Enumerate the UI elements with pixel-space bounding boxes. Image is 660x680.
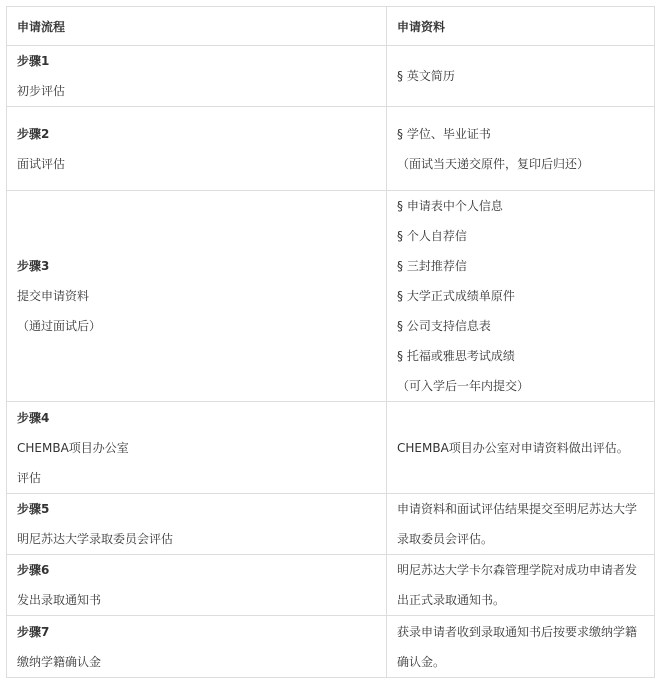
process-cell: 步骤6 发出录取通知书 (7, 555, 387, 616)
process-text: 初步评估 (17, 76, 376, 106)
table-header-row: 申请流程 申请资料 (7, 7, 655, 46)
table-row: 步骤7 缴纳学籍确认金 获录申请者收到录取通知书后按要求缴纳学籍 确认金。 (7, 616, 655, 678)
material-text: 明尼苏达大学卡尔森管理学院对成功申请者发 (397, 555, 644, 585)
table-row: 步骤3 提交申请资料 （通过面试后） § 申请表中个人信息 § 个人自荐信 § … (7, 191, 655, 402)
step-label: 步骤3 (17, 251, 376, 281)
step-label: 步骤2 (17, 119, 376, 149)
material-item: § 公司支持信息表 (397, 311, 644, 341)
material-item: § 学位、毕业证书 (397, 119, 644, 149)
material-item: § 英文简历 (397, 61, 644, 91)
header-process: 申请流程 (7, 7, 387, 46)
step-label: 步骤5 (17, 494, 376, 524)
materials-cell: § 英文简历 (387, 46, 655, 107)
process-cell: 步骤3 提交申请资料 （通过面试后） (7, 191, 387, 402)
table-row: 步骤6 发出录取通知书 明尼苏达大学卡尔森管理学院对成功申请者发 出正式录取通知… (7, 555, 655, 616)
process-text: 评估 (17, 463, 376, 493)
material-note: （可入学后一年内提交） (397, 371, 644, 401)
process-text: 面试评估 (17, 149, 376, 179)
table-row: 步骤5 明尼苏达大学录取委员会评估 申请资料和面试评估结果提交至明尼苏达大学 录… (7, 494, 655, 555)
material-item: § 三封推荐信 (397, 251, 644, 281)
material-text: 确认金。 (397, 647, 644, 677)
step-label: 步骤1 (17, 46, 376, 76)
process-note: （通过面试后） (17, 311, 376, 341)
material-item: § 托福或雅思考试成绩 (397, 341, 644, 371)
table-row: 步骤4 CHEMBA项目办公室 评估 CHEMBA项目办公室对申请资料做出评估。 (7, 402, 655, 494)
process-text: 提交申请资料 (17, 281, 376, 311)
process-cell: 步骤7 缴纳学籍确认金 (7, 616, 387, 678)
process-cell: 步骤2 面试评估 (7, 107, 387, 191)
process-text: 缴纳学籍确认金 (17, 647, 376, 677)
material-note: （面试当天递交原件，复印后归还） (397, 149, 644, 179)
material-item: § 申请表中个人信息 (397, 191, 644, 221)
process-text: CHEMBA项目办公室 (17, 433, 376, 463)
materials-cell: § 学位、毕业证书 （面试当天递交原件，复印后归还） (387, 107, 655, 191)
table-row: 步骤2 面试评估 § 学位、毕业证书 （面试当天递交原件，复印后归还） (7, 107, 655, 191)
material-text: CHEMBA项目办公室对申请资料做出评估。 (397, 433, 644, 463)
process-text: 明尼苏达大学录取委员会评估 (17, 524, 376, 554)
process-cell: 步骤1 初步评估 (7, 46, 387, 107)
process-text: 发出录取通知书 (17, 585, 376, 615)
table-row: 步骤1 初步评估 § 英文简历 (7, 46, 655, 107)
material-text: 申请资料和面试评估结果提交至明尼苏达大学 (397, 494, 644, 524)
material-text: 出正式录取通知书。 (397, 585, 644, 615)
process-cell: 步骤4 CHEMBA项目办公室 评估 (7, 402, 387, 494)
step-label: 步骤4 (17, 403, 376, 433)
materials-cell: CHEMBA项目办公室对申请资料做出评估。 (387, 402, 655, 494)
materials-cell: 明尼苏达大学卡尔森管理学院对成功申请者发 出正式录取通知书。 (387, 555, 655, 616)
material-item: § 大学正式成绩单原件 (397, 281, 644, 311)
material-text: 获录申请者收到录取通知书后按要求缴纳学籍 (397, 617, 644, 647)
materials-cell: § 申请表中个人信息 § 个人自荐信 § 三封推荐信 § 大学正式成绩单原件 §… (387, 191, 655, 402)
materials-cell: 申请资料和面试评估结果提交至明尼苏达大学 录取委员会评估。 (387, 494, 655, 555)
materials-cell: 获录申请者收到录取通知书后按要求缴纳学籍 确认金。 (387, 616, 655, 678)
application-process-table: 申请流程 申请资料 步骤1 初步评估 § 英文简历 步骤2 面试评估 (6, 6, 655, 678)
material-text: 录取委员会评估。 (397, 524, 644, 554)
application-process-table-container: 申请流程 申请资料 步骤1 初步评估 § 英文简历 步骤2 面试评估 (6, 6, 654, 678)
header-materials: 申请资料 (387, 7, 655, 46)
material-item: § 个人自荐信 (397, 221, 644, 251)
process-cell: 步骤5 明尼苏达大学录取委员会评估 (7, 494, 387, 555)
step-label: 步骤6 (17, 555, 376, 585)
step-label: 步骤7 (17, 617, 376, 647)
